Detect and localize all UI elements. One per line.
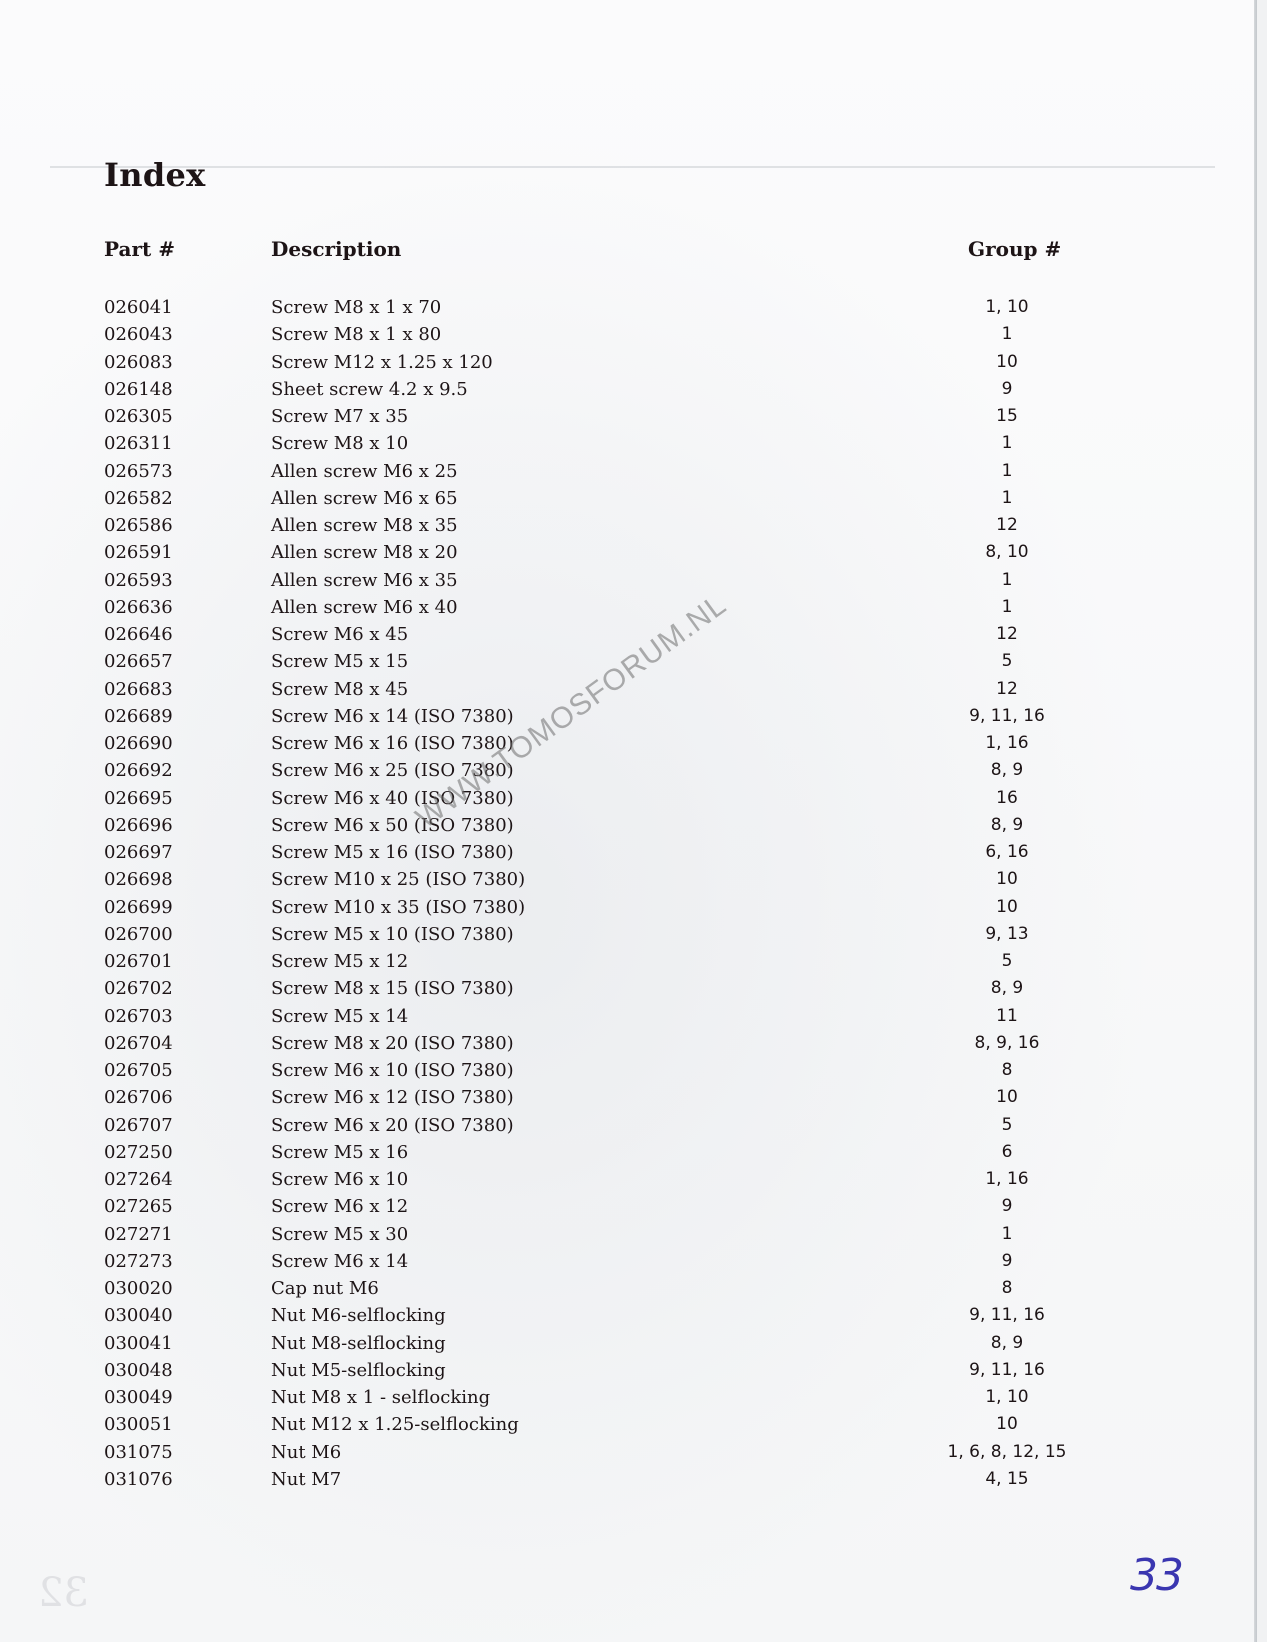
- group-numbers: 5: [927, 1112, 1087, 1139]
- part-description: Sheet screw 4.2 x 9.5: [271, 376, 468, 403]
- group-numbers: 8, 9: [927, 757, 1087, 784]
- part-description: Screw M6 x 12 (ISO 7380): [271, 1084, 514, 1111]
- part-number: 030049: [104, 1384, 173, 1411]
- part-number: 026593: [104, 567, 173, 594]
- group-numbers: 12: [927, 512, 1087, 539]
- part-description: Screw M8 x 1 x 80: [271, 321, 441, 348]
- part-description: Screw M5 x 16 (ISO 7380): [271, 839, 514, 866]
- table-row: 030051Nut M12 x 1.25-selflocking10: [0, 1411, 1267, 1438]
- part-description: Screw M5 x 10 (ISO 7380): [271, 921, 514, 948]
- table-row: 026692Screw M6 x 25 (ISO 7380)8, 9: [0, 757, 1267, 784]
- part-number: 026305: [104, 403, 173, 430]
- part-description: Allen screw M6 x 65: [271, 485, 458, 512]
- group-numbers: 1: [927, 485, 1087, 512]
- part-description: Allen screw M8 x 20: [271, 539, 458, 566]
- table-row: 026083Screw M12 x 1.25 x 12010: [0, 349, 1267, 376]
- part-number: 030051: [104, 1411, 173, 1438]
- part-number: 026683: [104, 676, 173, 703]
- group-numbers: 8: [927, 1275, 1087, 1302]
- group-numbers: 1: [927, 458, 1087, 485]
- part-number: 027273: [104, 1248, 173, 1275]
- group-numbers: 8, 9: [927, 975, 1087, 1002]
- part-number: 026701: [104, 948, 173, 975]
- group-numbers: 12: [927, 676, 1087, 703]
- group-numbers: 8, 9, 16: [927, 1030, 1087, 1057]
- table-row: 026591Allen screw M8 x 208, 10: [0, 539, 1267, 566]
- group-numbers: 1: [927, 321, 1087, 348]
- table-row: 030020Cap nut M68: [0, 1275, 1267, 1302]
- table-row: 026703Screw M5 x 1411: [0, 1003, 1267, 1030]
- group-numbers: 15: [927, 403, 1087, 430]
- part-number: 026591: [104, 539, 173, 566]
- table-row: 026706Screw M6 x 12 (ISO 7380)10: [0, 1084, 1267, 1111]
- table-row: 027250Screw M5 x 166: [0, 1139, 1267, 1166]
- part-description: Screw M8 x 45: [271, 676, 408, 703]
- part-number: 026703: [104, 1003, 173, 1030]
- part-description: Screw M8 x 10: [271, 430, 408, 457]
- part-description: Screw M12 x 1.25 x 120: [271, 349, 493, 376]
- part-description: Screw M6 x 14 (ISO 7380): [271, 703, 514, 730]
- part-number: 026690: [104, 730, 173, 757]
- table-row: 026699Screw M10 x 35 (ISO 7380)10: [0, 894, 1267, 921]
- group-numbers: 1, 6, 8, 12, 15: [927, 1439, 1087, 1466]
- part-description: Allen screw M6 x 25: [271, 458, 458, 485]
- part-description: Allen screw M8 x 35: [271, 512, 458, 539]
- group-numbers: 1, 16: [927, 1166, 1087, 1193]
- group-numbers: 1, 10: [927, 1384, 1087, 1411]
- group-numbers: 9, 11, 16: [927, 1302, 1087, 1329]
- table-row: 026700Screw M5 x 10 (ISO 7380)9, 13: [0, 921, 1267, 948]
- part-description: Screw M5 x 12: [271, 948, 408, 975]
- page-number: 33: [1130, 1550, 1182, 1601]
- group-numbers: 9, 11, 16: [927, 1357, 1087, 1384]
- table-row: 026573Allen screw M6 x 251: [0, 458, 1267, 485]
- table-row: 026701Screw M5 x 125: [0, 948, 1267, 975]
- part-number: 026083: [104, 349, 173, 376]
- group-numbers: 6: [927, 1139, 1087, 1166]
- part-number: 026707: [104, 1112, 173, 1139]
- page-title: Index: [104, 156, 206, 194]
- part-number: 027264: [104, 1166, 173, 1193]
- table-row: 026707Screw M6 x 20 (ISO 7380)5: [0, 1112, 1267, 1139]
- table-row: 030049Nut M8 x 1 - selflocking1, 10: [0, 1384, 1267, 1411]
- group-numbers: 16: [927, 785, 1087, 812]
- part-description: Allen screw M6 x 40: [271, 594, 458, 621]
- group-numbers: 8: [927, 1057, 1087, 1084]
- group-numbers: 9: [927, 376, 1087, 403]
- part-description: Allen screw M6 x 35: [271, 567, 458, 594]
- part-description: Screw M10 x 35 (ISO 7380): [271, 894, 525, 921]
- part-description: Nut M8 x 1 - selflocking: [271, 1384, 490, 1411]
- part-number: 030020: [104, 1275, 173, 1302]
- part-description: Screw M5 x 16: [271, 1139, 408, 1166]
- part-number: 026704: [104, 1030, 173, 1057]
- bleed-through-page-number: 32: [38, 1570, 89, 1616]
- table-row: 031075Nut M61, 6, 8, 12, 15: [0, 1439, 1267, 1466]
- group-numbers: 8, 9: [927, 1330, 1087, 1357]
- part-description: Screw M8 x 20 (ISO 7380): [271, 1030, 514, 1057]
- column-header-description: Description: [271, 237, 401, 261]
- table-row: 026582Allen screw M6 x 651: [0, 485, 1267, 512]
- part-number: 026702: [104, 975, 173, 1002]
- index-table: 026041Screw M8 x 1 x 701, 10026043Screw …: [0, 294, 1267, 1493]
- group-numbers: 9: [927, 1193, 1087, 1220]
- table-row: 026690Screw M6 x 16 (ISO 7380)1, 16: [0, 730, 1267, 757]
- column-header-part: Part #: [104, 237, 175, 261]
- part-number: 026696: [104, 812, 173, 839]
- part-number: 026043: [104, 321, 173, 348]
- table-row: 026697Screw M5 x 16 (ISO 7380)6, 16: [0, 839, 1267, 866]
- part-description: Screw M5 x 15: [271, 648, 408, 675]
- group-numbers: 10: [927, 894, 1087, 921]
- part-number: 026646: [104, 621, 173, 648]
- group-numbers: 10: [927, 1411, 1087, 1438]
- table-row: 027264Screw M6 x 101, 16: [0, 1166, 1267, 1193]
- group-numbers: 1: [927, 567, 1087, 594]
- part-number: 026705: [104, 1057, 173, 1084]
- part-number: 031076: [104, 1466, 173, 1493]
- table-row: 027265Screw M6 x 129: [0, 1193, 1267, 1220]
- table-row: 027271Screw M5 x 301: [0, 1221, 1267, 1248]
- part-number: 026698: [104, 866, 173, 893]
- group-numbers: 4, 15: [927, 1466, 1087, 1493]
- part-number: 026657: [104, 648, 173, 675]
- part-description: Nut M6-selflocking: [271, 1302, 446, 1329]
- group-numbers: 10: [927, 866, 1087, 893]
- group-numbers: 9, 11, 16: [927, 703, 1087, 730]
- part-number: 026573: [104, 458, 173, 485]
- bleed-through-rule: [50, 166, 1215, 168]
- group-numbers: 10: [927, 1084, 1087, 1111]
- part-number: 026692: [104, 757, 173, 784]
- part-number: 026706: [104, 1084, 173, 1111]
- part-description: Nut M8-selflocking: [271, 1330, 446, 1357]
- part-number: 026041: [104, 294, 173, 321]
- part-description: Screw M6 x 10: [271, 1166, 408, 1193]
- table-row: 030048Nut M5-selflocking9, 11, 16: [0, 1357, 1267, 1384]
- table-row: 026702Screw M8 x 15 (ISO 7380)8, 9: [0, 975, 1267, 1002]
- table-row: 026311Screw M8 x 101: [0, 430, 1267, 457]
- group-numbers: 10: [927, 349, 1087, 376]
- table-row: 026043Screw M8 x 1 x 801: [0, 321, 1267, 348]
- part-description: Screw M8 x 15 (ISO 7380): [271, 975, 514, 1002]
- part-description: Cap nut M6: [271, 1275, 379, 1302]
- group-numbers: 9, 13: [927, 921, 1087, 948]
- table-row: 026636Allen screw M6 x 401: [0, 594, 1267, 621]
- part-description: Screw M6 x 45: [271, 621, 408, 648]
- table-row: 026695Screw M6 x 40 (ISO 7380)16: [0, 785, 1267, 812]
- table-row: 026148Sheet screw 4.2 x 9.59: [0, 376, 1267, 403]
- group-numbers: 9: [927, 1248, 1087, 1275]
- part-description: Nut M6: [271, 1439, 341, 1466]
- part-description: Screw M6 x 14: [271, 1248, 408, 1275]
- part-number: 031075: [104, 1439, 173, 1466]
- part-number: 030048: [104, 1357, 173, 1384]
- part-number: 030041: [104, 1330, 173, 1357]
- group-numbers: 1, 16: [927, 730, 1087, 757]
- part-number: 027271: [104, 1221, 173, 1248]
- part-number: 026697: [104, 839, 173, 866]
- part-description: Screw M7 x 35: [271, 403, 408, 430]
- part-description: Screw M10 x 25 (ISO 7380): [271, 866, 525, 893]
- group-numbers: 6, 16: [927, 839, 1087, 866]
- part-number: 026148: [104, 376, 173, 403]
- group-numbers: 1: [927, 1221, 1087, 1248]
- part-description: Nut M7: [271, 1466, 341, 1493]
- group-numbers: 11: [927, 1003, 1087, 1030]
- part-description: Screw M6 x 10 (ISO 7380): [271, 1057, 514, 1084]
- group-numbers: 8, 10: [927, 539, 1087, 566]
- table-row: 030041Nut M8-selflocking8, 9: [0, 1330, 1267, 1357]
- table-row: 026689Screw M6 x 14 (ISO 7380)9, 11, 16: [0, 703, 1267, 730]
- group-numbers: 12: [927, 621, 1087, 648]
- part-number: 027250: [104, 1139, 173, 1166]
- table-row: 026593Allen screw M6 x 351: [0, 567, 1267, 594]
- part-description: Nut M12 x 1.25-selflocking: [271, 1411, 519, 1438]
- table-row: 026696Screw M6 x 50 (ISO 7380)8, 9: [0, 812, 1267, 839]
- part-number: 026699: [104, 894, 173, 921]
- table-row: 026704Screw M8 x 20 (ISO 7380)8, 9, 16: [0, 1030, 1267, 1057]
- part-description: Screw M5 x 14: [271, 1003, 408, 1030]
- part-number: 026689: [104, 703, 173, 730]
- group-numbers: 1: [927, 594, 1087, 621]
- part-description: Screw M8 x 1 x 70: [271, 294, 441, 321]
- part-description: Screw M6 x 12: [271, 1193, 408, 1220]
- part-number: 030040: [104, 1302, 173, 1329]
- table-row: 026698Screw M10 x 25 (ISO 7380)10: [0, 866, 1267, 893]
- part-number: 026582: [104, 485, 173, 512]
- group-numbers: 1: [927, 430, 1087, 457]
- part-description: Screw M6 x 16 (ISO 7380): [271, 730, 514, 757]
- table-row: 026705Screw M6 x 10 (ISO 7380)8: [0, 1057, 1267, 1084]
- group-numbers: 5: [927, 648, 1087, 675]
- part-description: Screw M6 x 20 (ISO 7380): [271, 1112, 514, 1139]
- part-number: 026695: [104, 785, 173, 812]
- group-numbers: 5: [927, 948, 1087, 975]
- part-description: Screw M6 x 50 (ISO 7380): [271, 812, 514, 839]
- group-numbers: 8, 9: [927, 812, 1087, 839]
- table-row: 030040Nut M6-selflocking9, 11, 16: [0, 1302, 1267, 1329]
- table-row: 027273Screw M6 x 149: [0, 1248, 1267, 1275]
- column-header-group: Group #: [968, 237, 1061, 261]
- table-row: 026586Allen screw M8 x 3512: [0, 512, 1267, 539]
- part-number: 027265: [104, 1193, 173, 1220]
- table-row: 026305Screw M7 x 3515: [0, 403, 1267, 430]
- table-row: 026041Screw M8 x 1 x 701, 10: [0, 294, 1267, 321]
- group-numbers: 1, 10: [927, 294, 1087, 321]
- part-number: 026700: [104, 921, 173, 948]
- part-number: 026311: [104, 430, 173, 457]
- part-number: 026636: [104, 594, 173, 621]
- table-row: 031076Nut M74, 15: [0, 1466, 1267, 1493]
- part-description: Nut M5-selflocking: [271, 1357, 446, 1384]
- part-description: Screw M5 x 30: [271, 1221, 408, 1248]
- part-number: 026586: [104, 512, 173, 539]
